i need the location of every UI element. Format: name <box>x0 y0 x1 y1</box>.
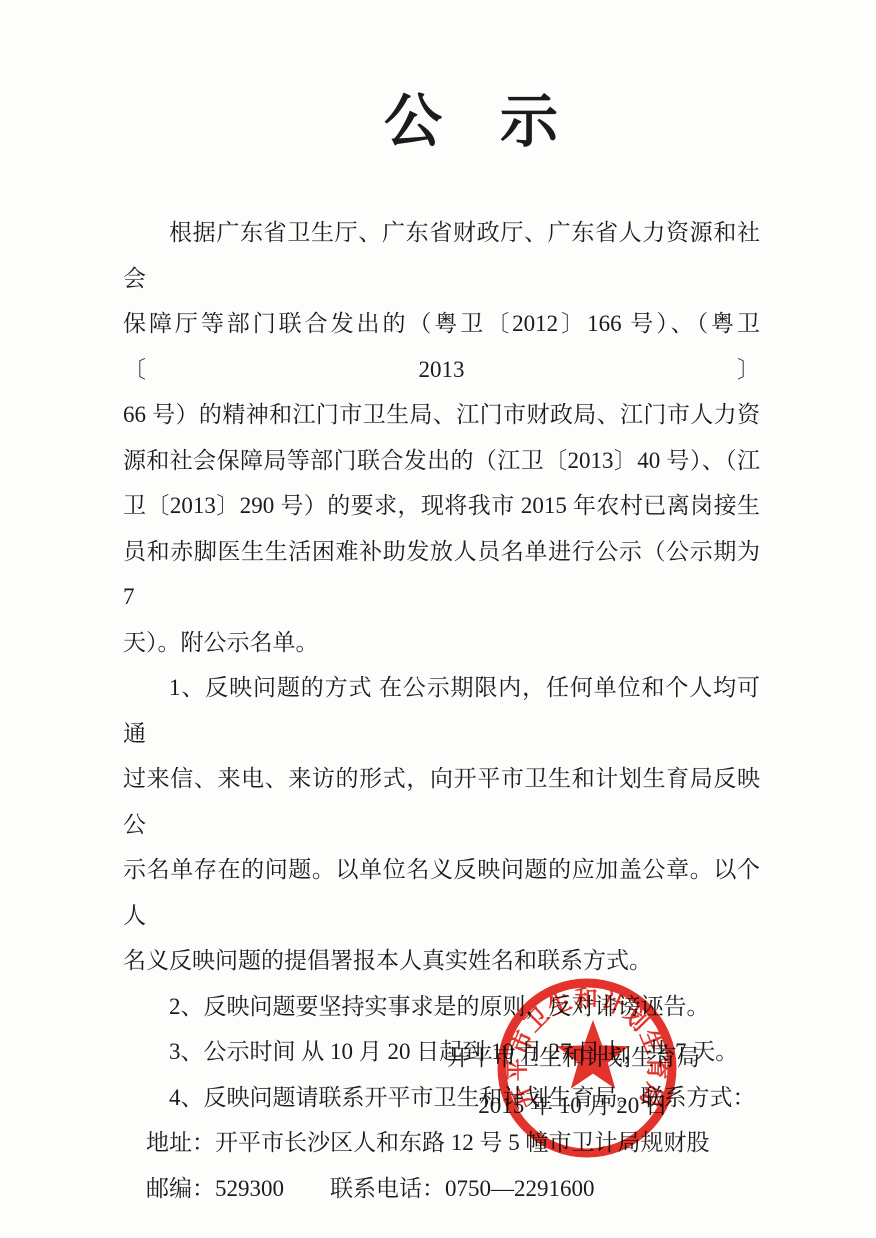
paragraph-postal-phone: 邮编：529300 联系电话：0750—2291600 <box>123 1166 760 1212</box>
document-page: 公 示 根据广东省卫生厅、广东省财政厅、广东省人力资源和社会 保障厅等部门联合发… <box>0 0 876 1238</box>
body-line: 员和赤脚医生生活困难补助发放人员名单进行公示（公示期为 7 <box>123 529 760 620</box>
body-line: 天）。附公示名单。 <box>123 620 760 666</box>
body-line: 保障厅等部门联合发出的（粤卫〔2012〕166 号）、（粤卫〔2013〕 <box>123 301 760 392</box>
body-line: 根据广东省卫生厅、广东省财政厅、广东省人力资源和社会 <box>123 210 760 301</box>
body-line: 源和社会保障局等部门联合发出的（江卫〔2013〕40 号）、（江 <box>123 438 760 484</box>
paragraph-item-1: 1、反映问题的方式 在公示期限内，任何单位和个人均可通 过来信、来电、来访的形式… <box>123 665 760 984</box>
body-line: 过来信、来电、来访的形式，向开平市卫生和计划生育局反映公 <box>123 756 760 847</box>
body-line: 1、反映问题的方式 在公示期限内，任何单位和个人均可通 <box>123 665 760 756</box>
postal-phone-line: 邮编：529300 联系电话：0750—2291600 <box>123 1166 760 1212</box>
paragraph-intro: 根据广东省卫生厅、广东省财政厅、广东省人力资源和社会 保障厅等部门联合发出的（粤… <box>123 210 760 665</box>
official-seal: 开平市卫生和计划生育局 <box>492 973 682 1163</box>
body-line: 示名单存在的问题。以单位名义反映问题的应加盖公章。以个人 <box>123 847 760 938</box>
notice-title: 公 示 <box>33 86 876 158</box>
body-line: 卫〔2013〕290 号）的要求，现将我市 2015 年农村已离岗接生 <box>123 483 760 529</box>
body-line: 66 号）的精神和江门市卫生局、江门市财政局、江门市人力资 <box>123 392 760 438</box>
seal-star-icon <box>557 1020 629 1089</box>
